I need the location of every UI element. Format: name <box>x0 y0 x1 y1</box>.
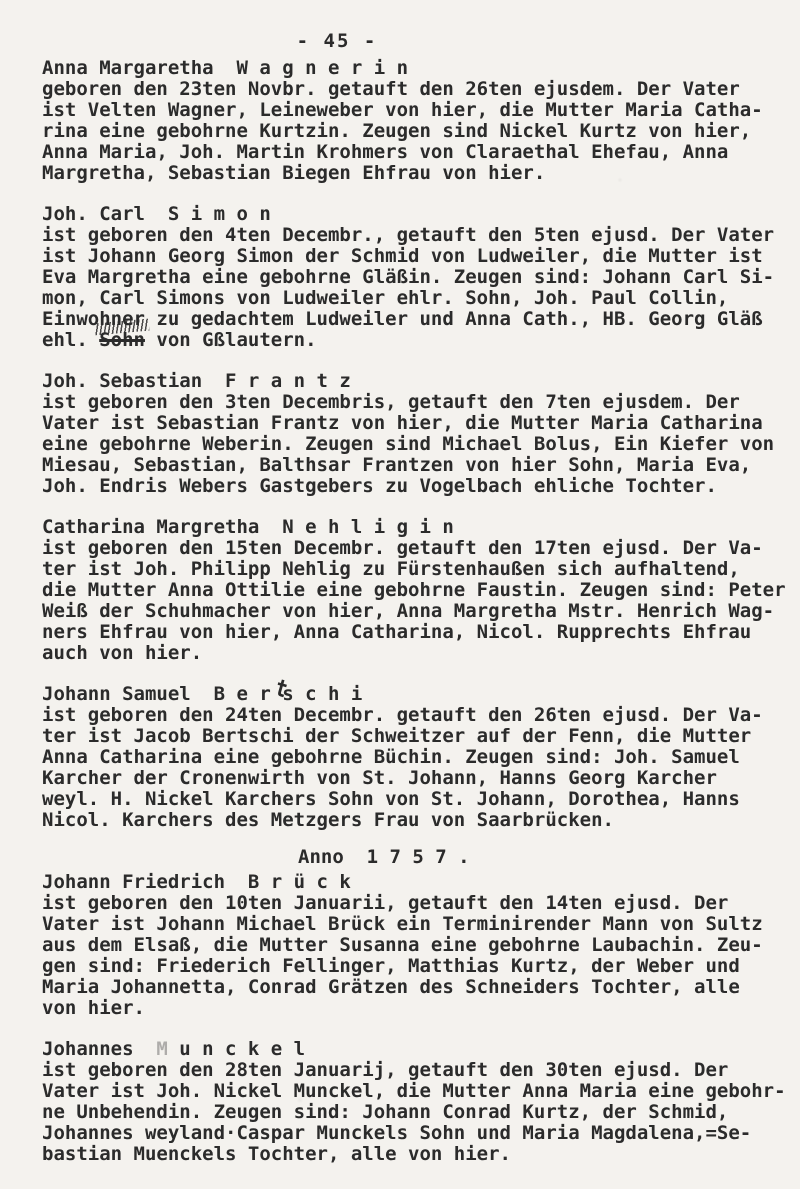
entry-title: Joh. Sebastian F r a n t z <box>42 371 800 392</box>
entry-body: ist geboren den 28ten Januarij, getauft … <box>42 1060 800 1165</box>
anno-heading: Anno 1 7 5 7 . <box>42 847 800 868</box>
entry-title-with-handwritten-insert: Johann Samuel B e rts c h i <box>42 684 800 705</box>
title-segment: Johann Samuel B e r <box>42 683 271 705</box>
entry-body: ist geboren den 10ten Januarii, getauft … <box>42 893 800 1019</box>
entry-body: ist geboren den 24ten Decembr. getauft d… <box>42 705 800 831</box>
struck-out-word: Sohn <box>99 329 145 351</box>
entry-title: Johann Friedrich B r ü c k <box>42 872 800 893</box>
scanned-register-page: - 45 - Anna Margaretha W a g n e r i n g… <box>0 0 800 1189</box>
entry-bertschi: Johann Samuel B e rts c h i ist geboren … <box>42 684 800 831</box>
entry-title: Catharina Margretha N e h l i g i n <box>42 517 800 538</box>
entry-munckel: Johannes M u n c k e l ist geboren den 2… <box>42 1039 800 1165</box>
entry-title: Joh. Carl S i m o n <box>42 204 800 225</box>
entry-brueck: Johann Friedrich B r ü c k ist geboren d… <box>42 872 800 1019</box>
entry-title: Anna Margaretha W a g n e r i n <box>42 58 800 79</box>
entry-body: geboren den 23ten Novbr. getauft den 26t… <box>42 79 800 184</box>
title-segment: Johannes <box>42 1038 156 1060</box>
entry-body: ist geboren den 4ten Decembr., getauft d… <box>42 225 800 330</box>
faintly-printed-letter: M <box>156 1038 167 1060</box>
entry-wagnerin: Anna Margaretha W a g n e r i n geboren … <box>42 58 800 184</box>
page-number: - 45 - <box>42 31 742 52</box>
entry-body: ist geboren den 15ten Decembr. getauft d… <box>42 538 800 664</box>
title-segment: u n c k e l <box>168 1038 305 1060</box>
entry-body: ist geboren den 3ten Decembris, getauft … <box>42 392 800 497</box>
entry-line-with-strikeout: ehl. Sohn von Gßlautern. <box>42 330 800 351</box>
title-segment: s c h i <box>282 683 362 705</box>
entry-title-with-faint-letter: Johannes M u n c k e l <box>42 1039 800 1060</box>
entry-simon: Joh. Carl S i m o n ist geboren den 4ten… <box>42 204 800 351</box>
line-segment: von Gßlautern. <box>145 329 317 351</box>
line-segment: ehl. <box>42 329 99 351</box>
entry-frantz: Joh. Sebastian F r a n t z ist geboren d… <box>42 371 800 497</box>
entry-nehligin: Catharina Margretha N e h l i g i n ist … <box>42 517 800 664</box>
